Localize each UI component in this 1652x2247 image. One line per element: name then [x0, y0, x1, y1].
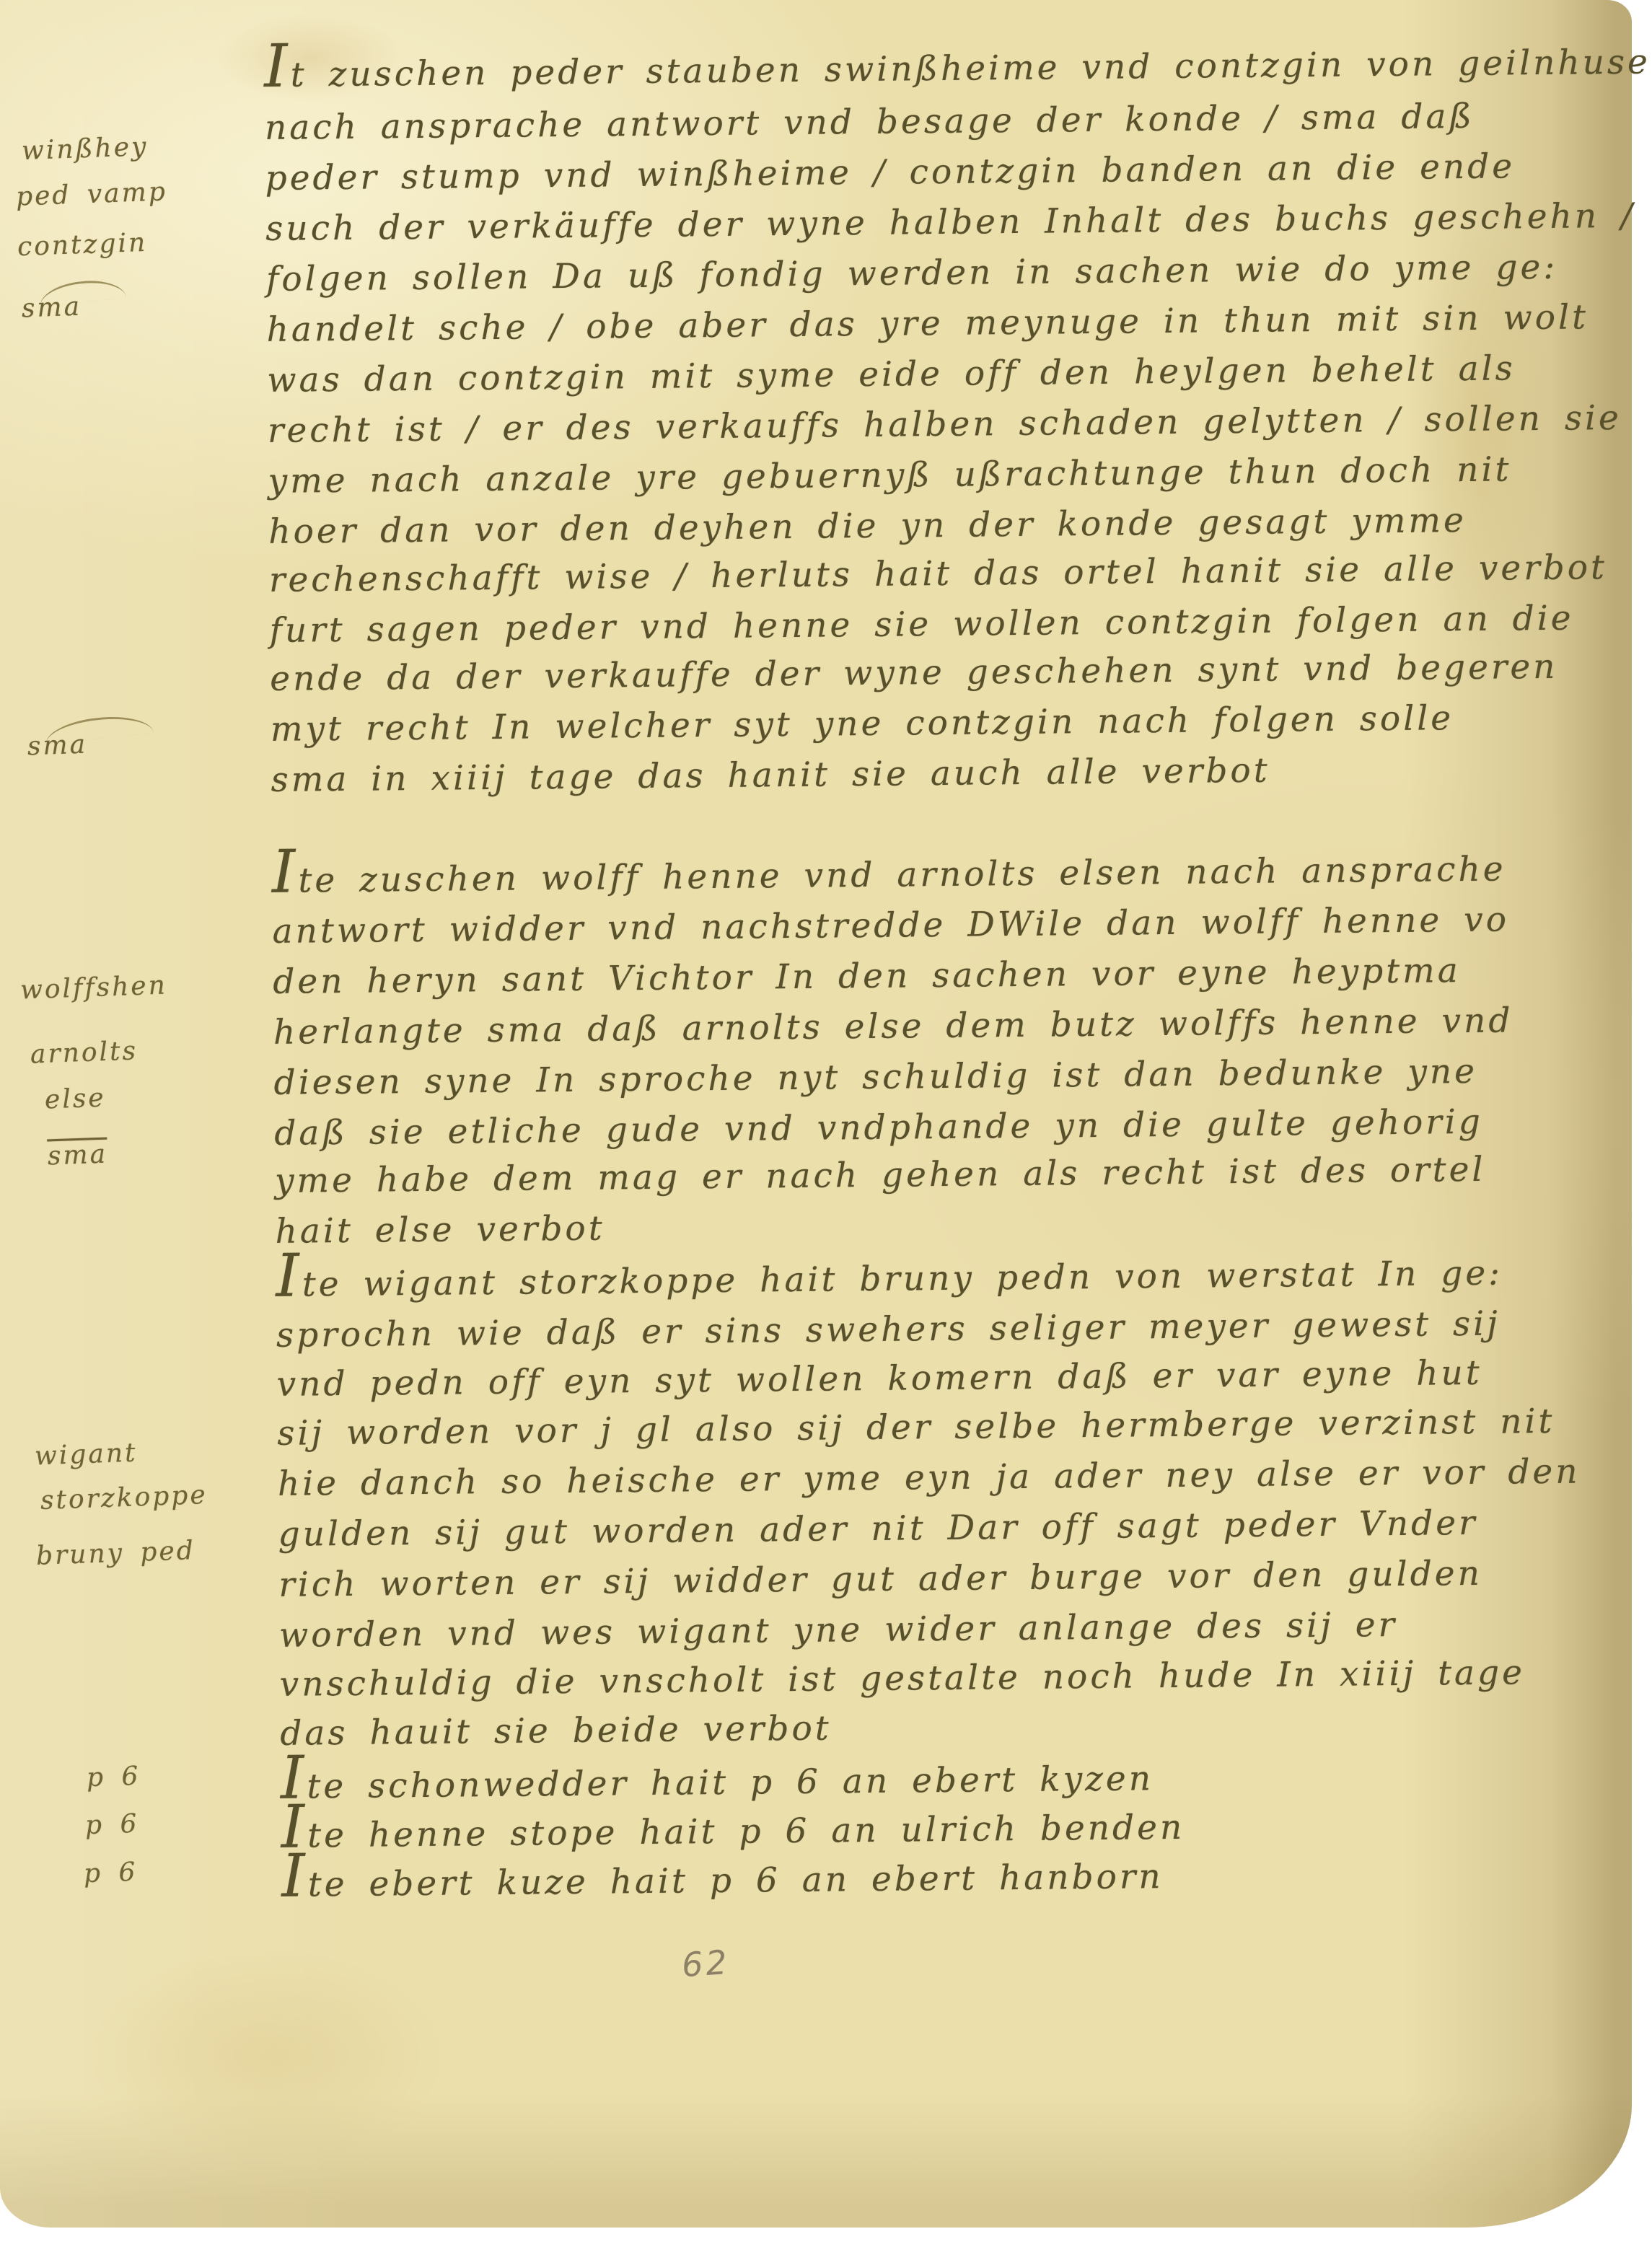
text-line: handelt sche / obe aber das yre meynuge … [266, 296, 1589, 352]
text-line: peder stump vnd winßheime / contzgin ban… [265, 145, 1515, 201]
text-line: Ite zuschen wolff henne vnd arnolts else… [272, 848, 1506, 902]
text-block: It zuschen peder stauben swinßheime vnd … [0, 0, 1652, 2247]
text-line: vnschuldig die vnscholt ist gestalte noc… [279, 1651, 1525, 1707]
text-line: sprochn wie daß er sins swehers seliger … [276, 1303, 1501, 1358]
text-line: nach ansprache antwort vnd besage der ko… [265, 95, 1475, 150]
text-line: yme nach anzale yre gebuernyß ußrachtung… [268, 448, 1511, 504]
text-line: ende da der verkauffe der wyne geschehen… [270, 646, 1558, 701]
text-line: sij worden vor j gl also sij der selbe h… [277, 1400, 1555, 1456]
text-line: furt sagen peder vnd henne sie wollen co… [269, 597, 1574, 653]
text-line: vnd pedn off eyn syt wollen komern daß e… [276, 1352, 1482, 1407]
text-line: hoer dan vor den deyhen die yn der konde… [268, 499, 1467, 554]
text-line: das hauit sie beide verbot [280, 1707, 832, 1755]
text-line: was dan contzgin mit syme eide off den h… [267, 347, 1516, 403]
text-line: worden vnd wes wigant yne wider anlange … [279, 1604, 1398, 1658]
text-line: hait else verbot [275, 1207, 605, 1253]
text-line: folgen sollen Da uß fondig werden in sac… [266, 246, 1558, 302]
text-line: such der verkäuffe der wyne halben Inhal… [265, 195, 1635, 251]
text-line: diesen syne In sproche nyt schuldig ist … [273, 1050, 1477, 1105]
text-line: Ite wigant storzkoppe hait bruny pedn vo… [276, 1252, 1503, 1307]
text-line: myt recht In welcher syt yne contzgin na… [271, 697, 1454, 752]
text-line: Ite henne stope hait p 6 an ulrich bende… [281, 1806, 1185, 1858]
text-line: rich worten er sij widder gut ader burge… [278, 1552, 1482, 1607]
text-line: antwort widder vnd nachstredde DWile dan… [272, 898, 1509, 953]
text-line: daß sie etliche gude vnd vndphande yn di… [274, 1101, 1483, 1156]
text-line: Ite ebert kuze hait p 6 an ebert hanborn [281, 1855, 1164, 1907]
text-line: sma in xiiij tage das hanit sie auch all… [271, 749, 1270, 802]
text-line: Ite schonwedder hait p 6 an ebert kyzen [281, 1757, 1154, 1809]
manuscript-scan: winßhey ped vamp contzgin sma sma wolffs… [0, 0, 1652, 2247]
text-line: hie danch so heische er yme eyn ja ader … [278, 1451, 1581, 1506]
text-line: recht ist / er des verkauffs halben scha… [268, 397, 1622, 453]
page-number: 62 [680, 1943, 731, 1985]
text-line: gulden sij gut worden ader nit Dar off s… [278, 1502, 1477, 1557]
text-line: yme habe dem mag er nach gehen als recht… [275, 1148, 1486, 1203]
text-line: It zuschen peder stauben swinßheime vnd … [264, 40, 1651, 97]
text-line: den heryn sant Vichtor In den sachen vor… [273, 949, 1461, 1004]
text-line: herlangte sma daß arnolts else dem butz … [273, 999, 1513, 1054]
text-line: rechenschafft wise / herluts hait das or… [269, 546, 1608, 602]
